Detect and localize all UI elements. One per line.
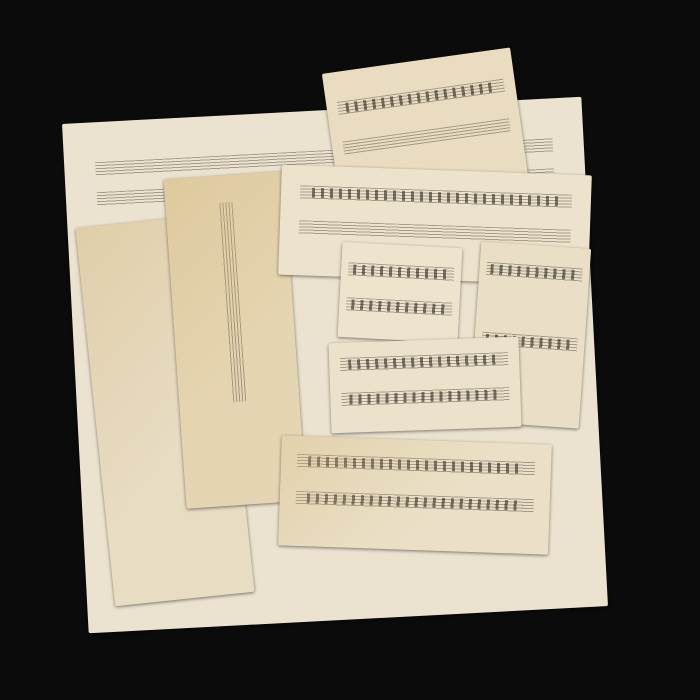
sheet-bottom-front bbox=[278, 435, 552, 554]
sheet-center-panel bbox=[338, 242, 463, 343]
sheet-middle-lower bbox=[328, 337, 521, 434]
photo-scene bbox=[0, 0, 700, 700]
